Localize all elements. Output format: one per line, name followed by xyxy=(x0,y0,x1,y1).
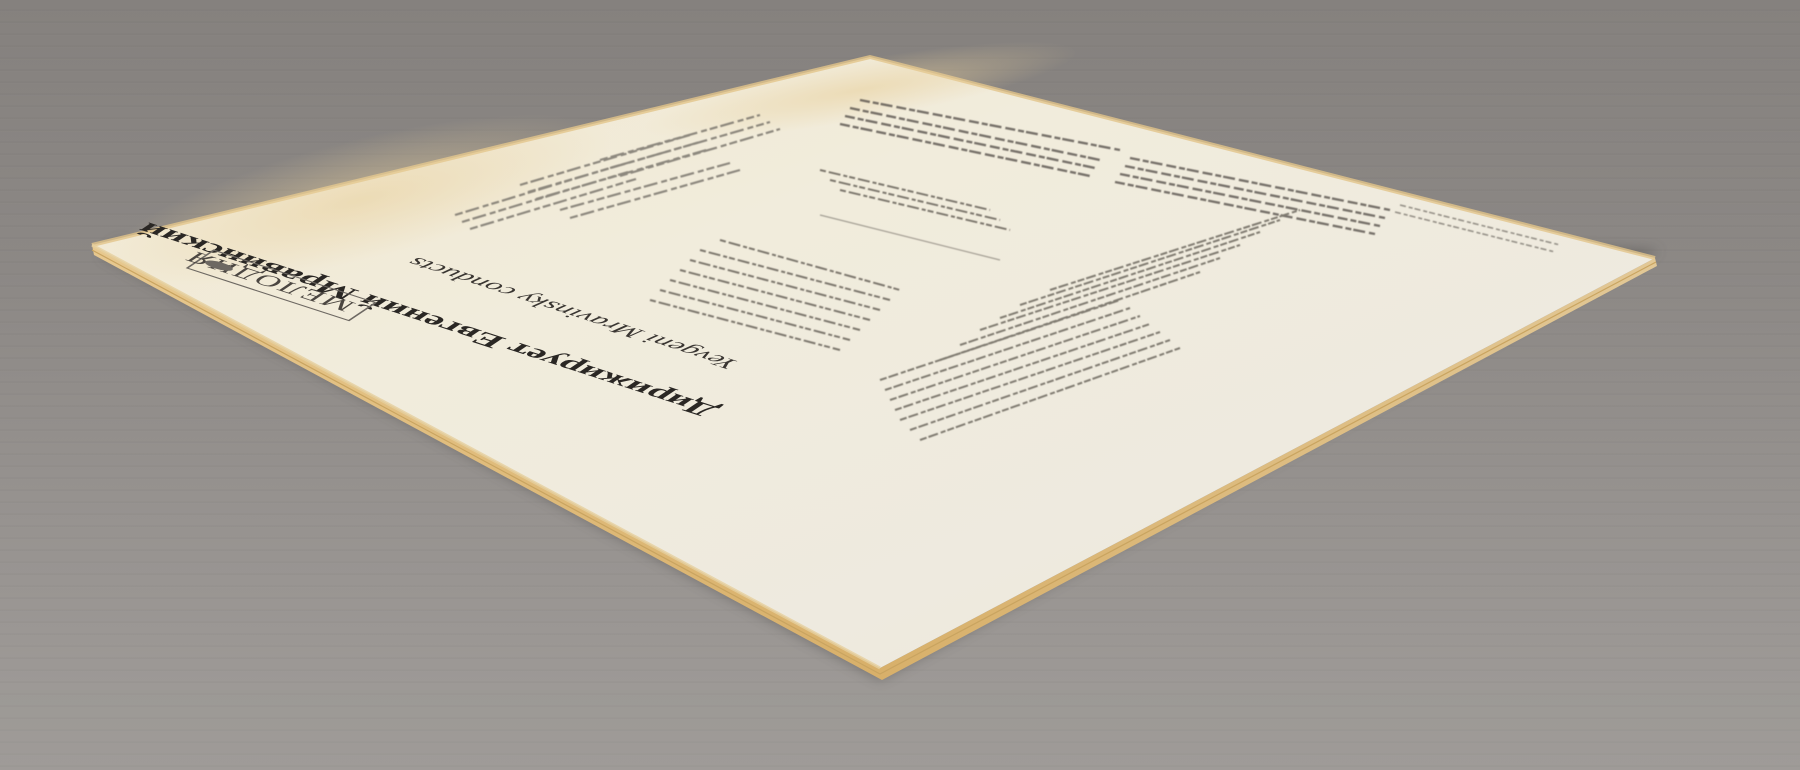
record-sleeve-scene: Дирижирует Евгений Мравинский Yevgeni Mr… xyxy=(0,0,1800,770)
foreground-surface xyxy=(0,690,1800,770)
